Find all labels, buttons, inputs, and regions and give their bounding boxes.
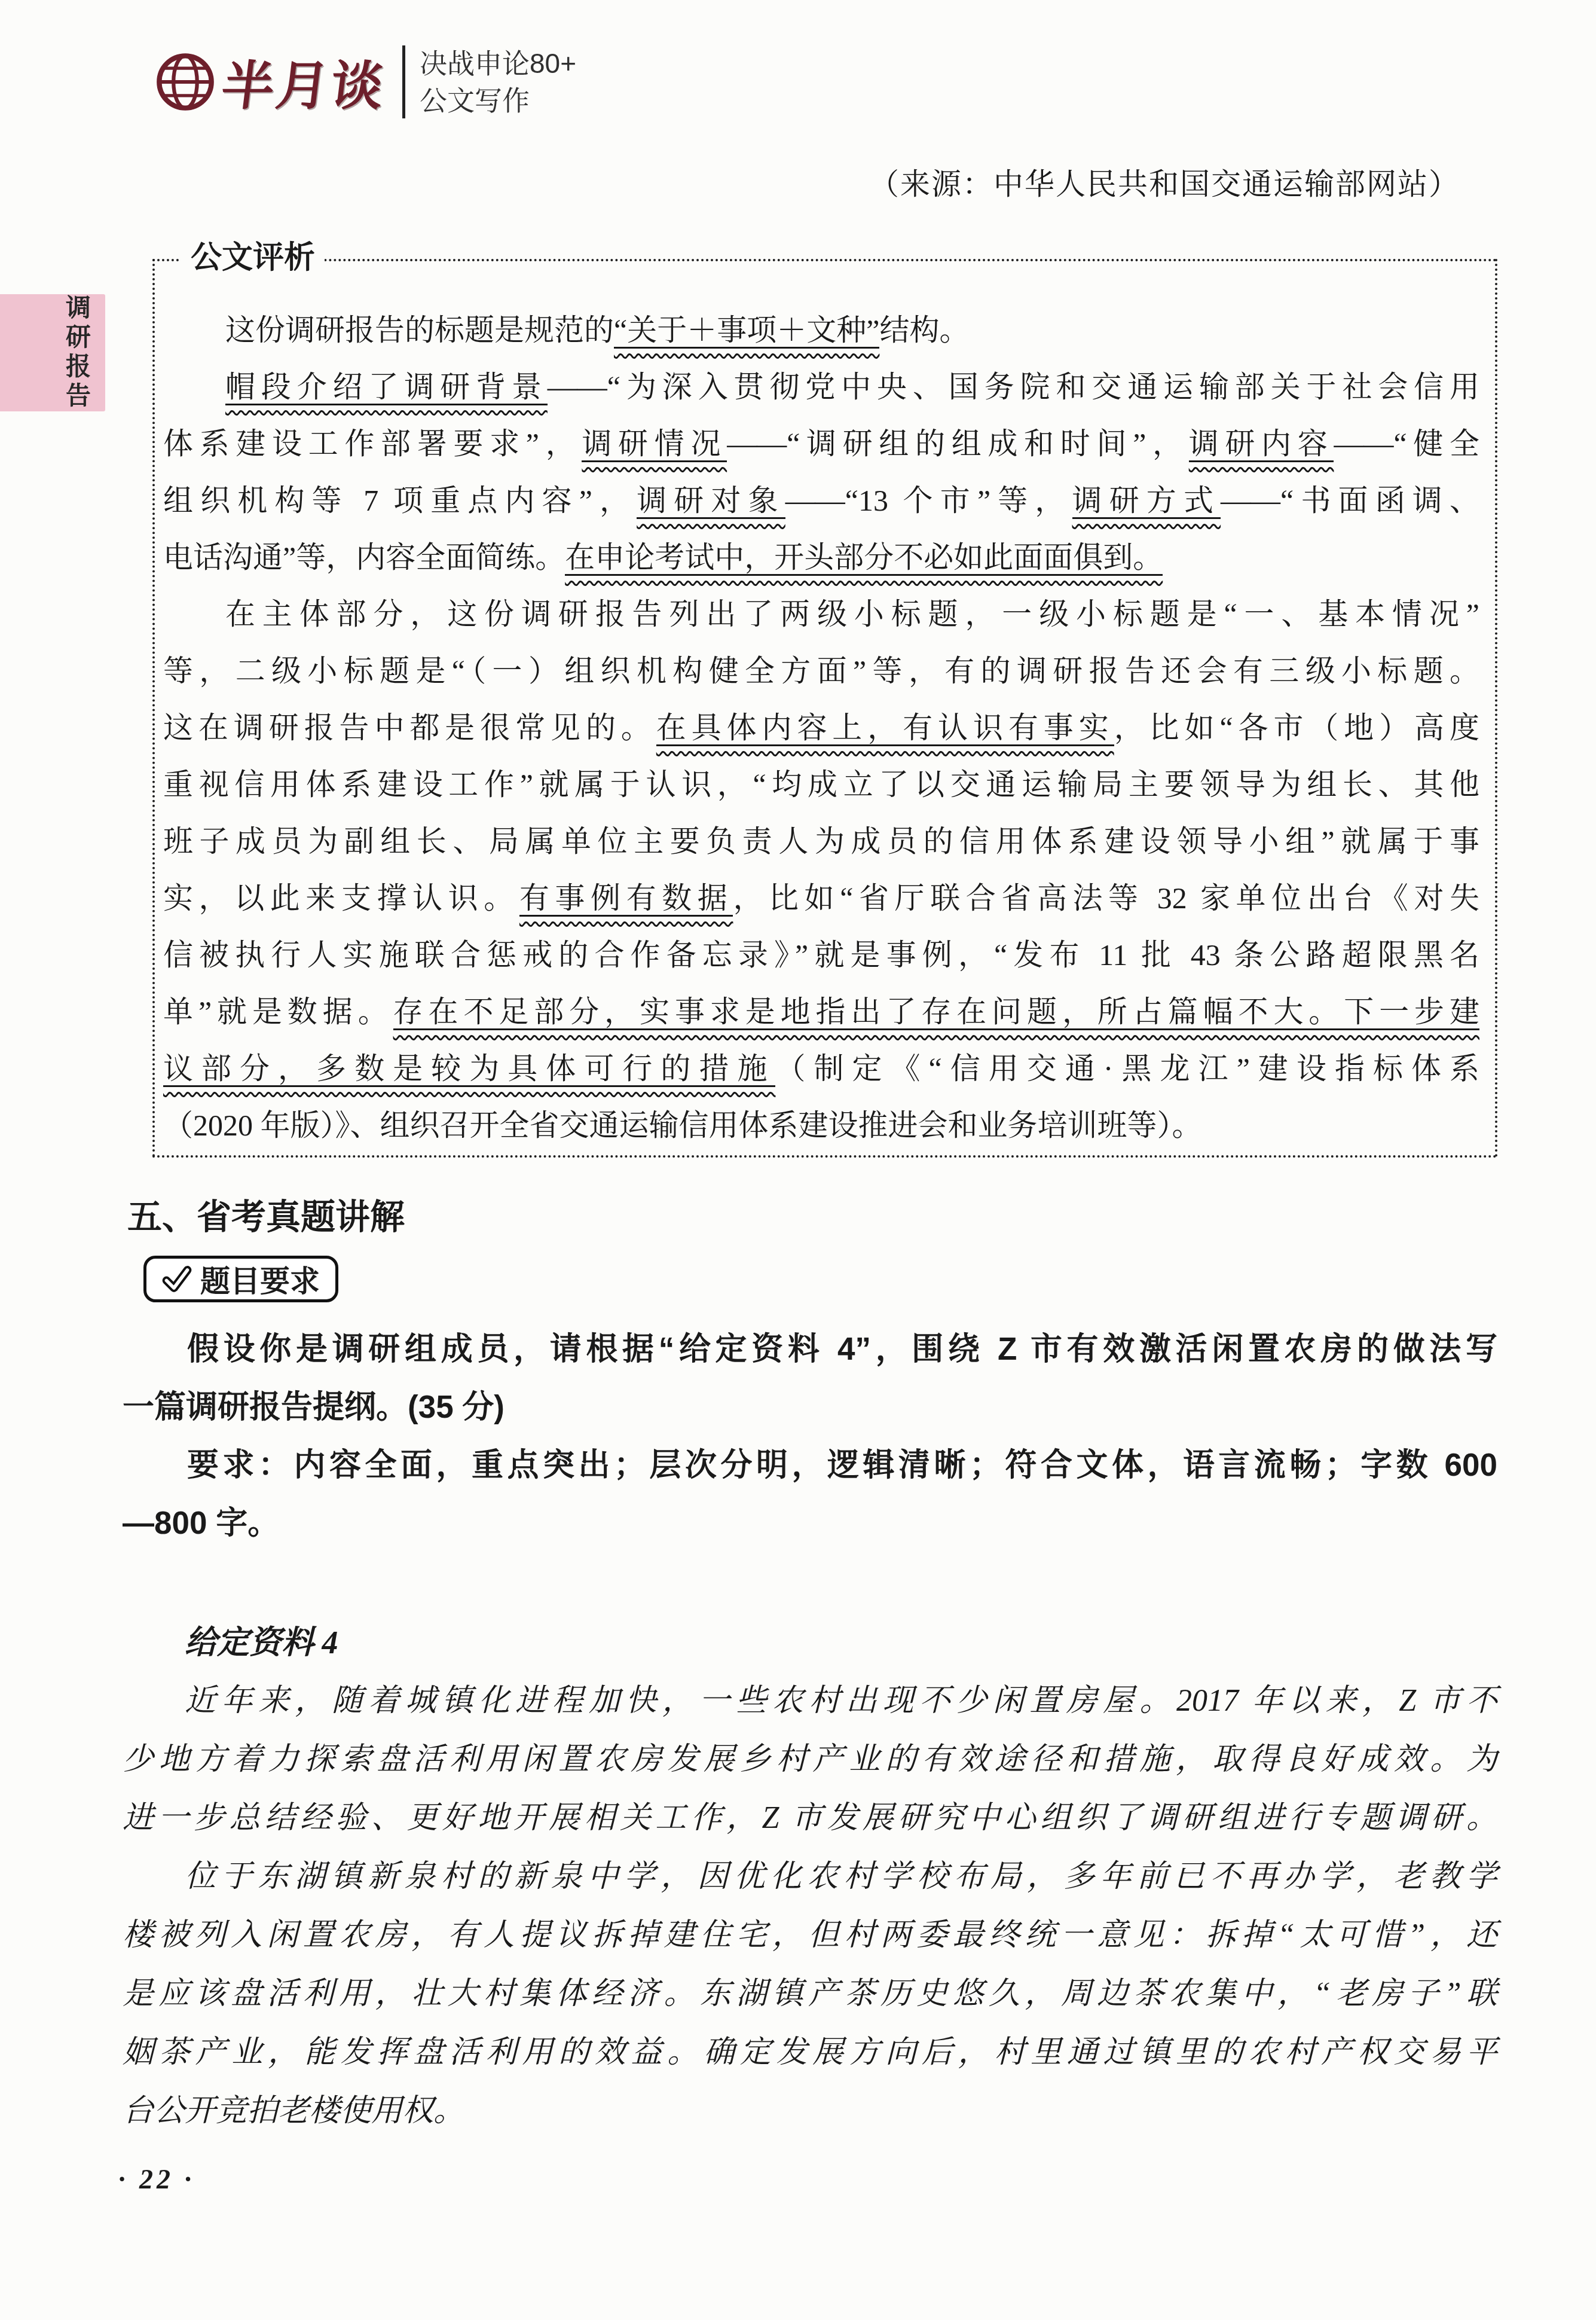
emphasis-underline-text: 调研对象 xyxy=(637,484,785,519)
text-line: 体系建设工作部署要求”，调研情况——“调研组的组成和时间”，调研内容——“健全 xyxy=(163,416,1479,472)
text-run: ——“13 个市”等， xyxy=(785,484,1072,517)
side-tab-label: 调研报告 xyxy=(59,294,94,411)
emphasis-underline-text: 有事例有数据 xyxy=(519,881,733,917)
text-line: 电话沟通”等，内容全面简练。在申论考试中，开头部分不必如此面面俱到。 xyxy=(163,529,1479,586)
text-run: 位于东湖镇新泉村的新泉中学，因优化农村学校布局，多年前已不再办学，老教学 xyxy=(185,1860,1497,1894)
text-run: ——“为深入贯彻党中央、国务院和交通运输部关于社会信用 xyxy=(548,370,1479,404)
text-line: 少地方着力探索盘活利用闲置农房发展乡村产业的有效途径和措施，取得良好成效。为 xyxy=(123,1730,1497,1789)
text-line: 等，二级小标题是“（一）组织机构健全方面”等，有的调研报告还会有三级小标题。 xyxy=(163,643,1479,700)
text-line: 位于东湖镇新泉村的新泉中学，因优化农村学校布局，多年前已不再办学，老教学 xyxy=(123,1848,1497,1906)
text-run: 组织机构等 7 项重点内容”， xyxy=(163,484,637,517)
text-line: 议部分，多数是较为具体可行的措施（制定《“信用交通·黑龙江”建设指标体系 xyxy=(163,1040,1479,1097)
header-subtitle: 公文写作 xyxy=(420,86,576,115)
text-run: 在主体部分，这份调研报告列出了两级小标题，一级小标题是“一、基本情况” xyxy=(225,597,1479,631)
header-series-title: 决战申论80+ xyxy=(420,49,576,78)
material-heading: 给定资料 4 xyxy=(123,1613,1497,1672)
text-run: 重视信用体系建设工作”就属于认识，“均成立了以交通运输局主要领导为组长、其他 xyxy=(163,768,1479,801)
text-run: 等，二级小标题是“（一）组织机构健全方面”等，有的调研报告还会有三级小标题。 xyxy=(163,654,1479,688)
review-box-label: 公文评析 xyxy=(181,241,325,275)
text-run: 要求：内容全面，重点突出；层次分明，逻辑清晰；符合文体，语言流畅；字数 600 xyxy=(187,1448,1497,1483)
text-run: 这在调研报告中都是很常见的。 xyxy=(163,711,656,744)
text-line: 要求：内容全面，重点突出；层次分明，逻辑清晰；符合文体，语言流畅；字数 600 xyxy=(123,1436,1497,1494)
text-line: 组织机构等 7 项重点内容”，调研对象——“13 个市”等，调研方式——“书面函… xyxy=(163,472,1479,529)
text-run: 假设你是调研组成员，请根据“给定资料 4”，围绕 Z 市有效激活闲置农房的做法写 xyxy=(187,1332,1497,1367)
text-line: 单”就是数据。存在不足部分，实事求是地指出了存在问题，所占篇幅不大。下一步建 xyxy=(163,984,1479,1040)
section-title: 五、省考真题讲解 xyxy=(127,1189,405,1239)
text-run: 少地方着力探索盘活利用闲置农房发展乡村产业的有效途径和措施，取得良好成效。为 xyxy=(123,1742,1497,1776)
source-attribution: （来源：中华人民共和国交通运输部网站） xyxy=(869,160,1460,203)
brand-header: 半月谈 决战申论80+ 公文写作 xyxy=(154,41,576,123)
text-run: ——“书面函调、 xyxy=(1221,484,1479,517)
text-run: 这份调研报告的标题是规范的 xyxy=(225,313,614,347)
emphasis-underline-text: 帽段介绍了调研背景 xyxy=(225,370,548,405)
side-tab-research-report: 调研报告 xyxy=(0,294,105,411)
text-run: 一篇调研报告提纲。(35 分) xyxy=(123,1390,505,1425)
material-body: 近年来，随着城镇化进程加快，一些农村出现不少闲置房屋。2017 年以来，Z 市不… xyxy=(123,1672,1497,2141)
text-run: 单”就是数据。 xyxy=(163,995,393,1028)
text-line: 姻茶产业，能发挥盘活利用的效益。确定发展方向后，村里通过镇里的农村产权交易平 xyxy=(123,2023,1497,2082)
text-run: 实，以此来支撑认识。 xyxy=(163,881,519,915)
text-line: 假设你是调研组成员，请根据“给定资料 4”，围绕 Z 市有效激活闲置农房的做法写 xyxy=(123,1320,1497,1378)
text-run: 电话沟通”等，内容全面简练。 xyxy=(163,541,565,574)
text-run: 楼被列入闲置农房，有人提议拆掉建住宅，但村两委最终统一意见：拆掉“太可惜”，还 xyxy=(123,1918,1497,1952)
text-line: 是应该盘活利用，壮大村集体经济。东湖镇产茶历史悠久，周边茶农集中，“老房子”联 xyxy=(123,1965,1497,2023)
review-box: 公文评析 这份调研报告的标题是规范的“关于＋事项＋文种”结构。帽段介绍了调研背景… xyxy=(152,259,1497,1158)
text-run: ——“调研组的组成和时间”， xyxy=(727,427,1189,460)
text-line: 帽段介绍了调研背景——“为深入贯彻党中央、国务院和交通运输部关于社会信用 xyxy=(163,359,1479,416)
review-box-body: 这份调研报告的标题是规范的“关于＋事项＋文种”结构。帽段介绍了调研背景——“为深… xyxy=(163,302,1479,1154)
book-page: 半月谈 决战申论80+ 公文写作 （来源：中华人民共和国交通运输部网站） 调研报… xyxy=(0,0,1596,2320)
text-line: 近年来，随着城镇化进程加快，一些农村出现不少闲置房屋。2017 年以来，Z 市不 xyxy=(123,1672,1497,1730)
text-run: ——“健全 xyxy=(1334,427,1479,460)
text-run: （制定《“信用交通·黑龙江”建设指标体系 xyxy=(775,1052,1479,1085)
text-run: 近年来，随着城镇化进程加快，一些农村出现不少闲置房屋。2017 年以来，Z 市不 xyxy=(185,1684,1497,1718)
text-run: ，比如“各市（地）高度 xyxy=(1114,711,1479,744)
header-titles: 决战申论80+ 公文写作 xyxy=(420,49,576,115)
emphasis-underline-text: 调研方式 xyxy=(1072,484,1221,519)
emphasis-underline-text: 存在不足部分，实事求是地指出了存在问题，所占篇幅不大。下一步建 xyxy=(393,995,1479,1030)
requirement-text: 假设你是调研组成员，请根据“给定资料 4”，围绕 Z 市有效激活闲置农房的做法写… xyxy=(123,1320,1497,1552)
text-run: 姻茶产业，能发挥盘活利用的效益。确定发展方向后，村里通过镇里的农村产权交易平 xyxy=(123,2035,1497,2069)
header-divider xyxy=(402,45,405,118)
text-line: 在主体部分，这份调研报告列出了两级小标题，一级小标题是“一、基本情况” xyxy=(163,586,1479,643)
text-run: 台公开竞拍老楼使用权。 xyxy=(123,2094,464,2128)
text-run: ，比如“省厅联合省高法等 32 家单位出台《对失 xyxy=(733,881,1479,915)
text-line: 这在调研报告中都是很常见的。在具体内容上，有认识有事实，比如“各市（地）高度 xyxy=(163,700,1479,756)
check-icon xyxy=(162,1264,192,1294)
text-line: 班子成员为副组长、局属单位主要负责人为成员的信用体系建设领导小组”就属于事 xyxy=(163,813,1479,870)
text-line: 这份调研报告的标题是规范的“关于＋事项＋文种”结构。 xyxy=(163,302,1479,359)
text-line: 楼被列入闲置农房，有人提议拆掉建住宅，但村两委最终统一意见：拆掉“太可惜”，还 xyxy=(123,1906,1497,1965)
emphasis-underline-text: 调研情况 xyxy=(582,427,727,462)
emphasis-underline-text: “关于＋事项＋文种” xyxy=(614,313,879,349)
text-line: 重视信用体系建设工作”就属于认识，“均成立了以交通运输局主要领导为组长、其他 xyxy=(163,756,1479,813)
text-line: 实，以此来支撑认识。有事例有数据，比如“省厅联合省高法等 32 家单位出台《对失 xyxy=(163,870,1479,927)
text-run: —800 字。 xyxy=(123,1506,279,1541)
emphasis-underline-text: 在具体内容上，有认识有事实 xyxy=(656,711,1114,746)
emphasis-underline-text: 调研内容 xyxy=(1189,427,1334,462)
text-run: （2020 年版）》、组织召开全省交通运输信用体系建设推进会和业务培训班等）。 xyxy=(163,1109,1202,1142)
requirement-badge-label: 题目要求 xyxy=(200,1257,320,1301)
emphasis-underline-text: 议部分，多数是较为具体可行的措施 xyxy=(163,1052,775,1087)
text-line: 台公开竞拍老楼使用权。 xyxy=(123,2082,1497,2141)
text-run: 是应该盘活利用，壮大村集体经济。东湖镇产茶历史悠久，周边茶农集中，“老房子”联 xyxy=(123,1977,1497,2011)
text-run: 体系建设工作部署要求”， xyxy=(163,427,582,460)
brand-logo-text: 半月谈 xyxy=(218,44,390,120)
text-run: 进一步总结经验、更好地开展相关工作，Z 市发展研究中心组织了调研组进行专题调研。 xyxy=(123,1801,1497,1835)
globe-icon xyxy=(154,48,216,115)
text-line: 进一步总结经验、更好地开展相关工作，Z 市发展研究中心组织了调研组进行专题调研。 xyxy=(123,1789,1497,1848)
text-run: 班子成员为副组长、局属单位主要负责人为成员的信用体系建设领导小组”就属于事 xyxy=(163,825,1479,858)
material-heading-text: 给定资料 4 xyxy=(185,1625,338,1660)
text-line: （2020 年版）》、组织召开全省交通运输信用体系建设推进会和业务培训班等）。 xyxy=(163,1097,1479,1154)
text-line: —800 字。 xyxy=(123,1494,1497,1552)
text-line: 一篇调研报告提纲。(35 分) xyxy=(123,1378,1497,1436)
text-run: 结构。 xyxy=(879,313,969,347)
page-number: · 22 · xyxy=(118,2163,195,2195)
material-section: 给定资料 4 近年来，随着城镇化进程加快，一些农村出现不少闲置房屋。2017 年… xyxy=(123,1613,1497,2141)
text-line: 信被执行人实施联合惩戒的合作备忘录》”就是事例，“发布 11 批 43 条公路超… xyxy=(163,927,1479,984)
requirement-badge: 题目要求 xyxy=(143,1256,338,1302)
text-run: 信被执行人实施联合惩戒的合作备忘录》”就是事例，“发布 11 批 43 条公路超… xyxy=(163,938,1479,972)
emphasis-underline-text: 在申论考试中，开头部分不必如此面面俱到。 xyxy=(565,541,1163,576)
